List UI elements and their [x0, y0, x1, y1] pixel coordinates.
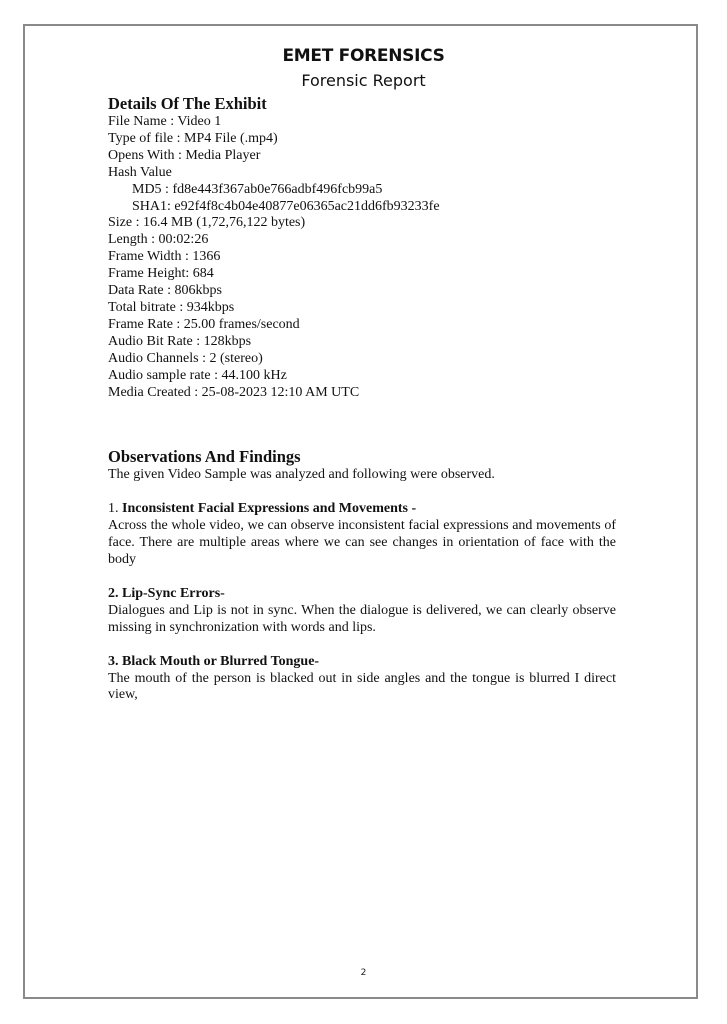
file-name: File Name : Video 1: [108, 114, 616, 131]
file-type: Type of file : MP4 File (.mp4): [108, 131, 616, 148]
finding-3-body: The mouth of the person is blacked out i…: [108, 671, 616, 705]
page-number: 2: [0, 968, 727, 978]
report-title: Forensic Report: [0, 71, 727, 90]
finding-2-title: 2. Lip-Sync Errors-: [108, 586, 616, 603]
company-title: EMET FORENSICS: [0, 46, 727, 66]
file-size: Size : 16.4 MB (1,72,76,122 bytes): [108, 215, 616, 232]
hash-label: Hash Value: [108, 165, 616, 182]
opens-with: Opens With : Media Player: [108, 148, 616, 165]
finding-title: Lip-Sync Errors-: [122, 586, 225, 601]
finding-1-title: 1. Inconsistent Facial Expressions and M…: [108, 501, 616, 518]
finding-number: 1.: [108, 501, 122, 516]
video-length: Length : 00:02:26: [108, 232, 616, 249]
frame-rate: Frame Rate : 25.00 frames/second: [108, 317, 616, 334]
media-created: Media Created : 25-08-2023 12:10 AM UTC: [108, 385, 616, 402]
exhibit-heading: Details Of The Exhibit: [108, 94, 616, 114]
frame-height: Frame Height: 684: [108, 266, 616, 283]
audio-sample-rate: Audio sample rate : 44.100 kHz: [108, 368, 616, 385]
finding-number: 2.: [108, 586, 122, 601]
observations-intro: The given Video Sample was analyzed and …: [108, 467, 616, 484]
finding-title: Inconsistent Facial Expressions and Move…: [122, 501, 416, 516]
sha1-hash: SHA1: e92f4f8c4b04e40877e06365ac21dd6fb9…: [108, 199, 616, 216]
report-body: Details Of The Exhibit File Name : Video…: [108, 94, 616, 704]
finding-2-body: Dialogues and Lip is not in sync. When t…: [108, 603, 616, 637]
finding-number: 3.: [108, 654, 122, 669]
finding-1-body: Across the whole video, we can observe i…: [108, 518, 616, 569]
observations-heading: Observations And Findings: [108, 447, 616, 467]
frame-width: Frame Width : 1366: [108, 249, 616, 266]
md5-hash: MD5 : fd8e443f367ab0e766adbf496fcb99a5: [108, 182, 616, 199]
finding-3-title: 3. Black Mouth or Blurred Tongue-: [108, 654, 616, 671]
finding-title: Black Mouth or Blurred Tongue-: [122, 654, 319, 669]
audio-bit-rate: Audio Bit Rate : 128kbps: [108, 334, 616, 351]
audio-channels: Audio Channels : 2 (stereo): [108, 351, 616, 368]
data-rate: Data Rate : 806kbps: [108, 283, 616, 300]
total-bitrate: Total bitrate : 934kbps: [108, 300, 616, 317]
